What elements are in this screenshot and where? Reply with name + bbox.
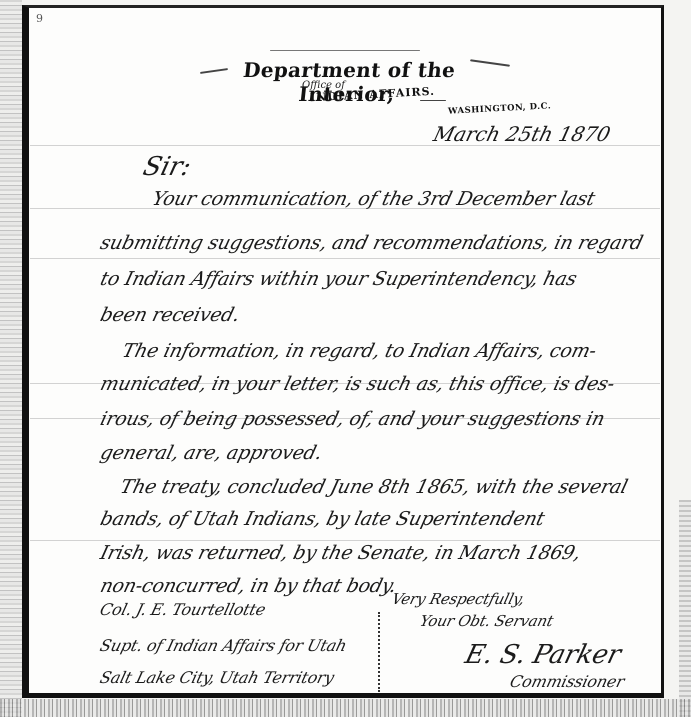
body-line: bands, of Utah Indians, by late Superint… [98, 508, 547, 530]
signature: E. S. Parker [462, 640, 624, 670]
scan-noise-bottom [0, 699, 691, 717]
salutation: Sir: [140, 152, 194, 182]
body-line: The treaty, concluded June 8th 1865, wit… [118, 476, 630, 498]
flourish-city [420, 100, 446, 101]
letter-date: March 25th 1870 [431, 122, 613, 146]
body-line: general, are, approved. [98, 442, 324, 464]
addressee-location: Salt Lake City, Utah Territory [98, 668, 336, 687]
addressee-bracket [372, 612, 380, 692]
closing-line: Very Respectfully, [390, 590, 526, 608]
ruled-line [30, 540, 660, 541]
addressee-title: Supt. of Indian Affairs for Utah [98, 636, 349, 655]
body-line: submitting suggestions, and recommendati… [98, 232, 645, 254]
scan-noise-left [0, 0, 22, 717]
signer-title: Commissioner [508, 672, 626, 691]
body-line: Irish, was returned, by the Senate, in M… [98, 542, 583, 564]
body-line: municated, in your letter, is such as, t… [98, 373, 617, 395]
body-line: to Indian Affairs within your Superinten… [98, 268, 579, 290]
body-line: The information, in regard, to Indian Af… [120, 340, 599, 362]
ruled-line [30, 258, 660, 259]
scan-noise-right [679, 500, 691, 717]
closing-line: Your Obt. Servant [418, 612, 555, 630]
page-number: 9 [36, 12, 43, 25]
body-line: Your communication, of the 3rd December … [150, 188, 597, 210]
body-line: been received. [98, 304, 242, 326]
body-line: irous, of being possessed, of, and your … [98, 408, 607, 430]
flourish-top [270, 50, 420, 51]
addressee-name: Col. J. E. Tourtellotte [98, 600, 268, 619]
body-line: non-concurred, in by that body. [98, 575, 399, 597]
